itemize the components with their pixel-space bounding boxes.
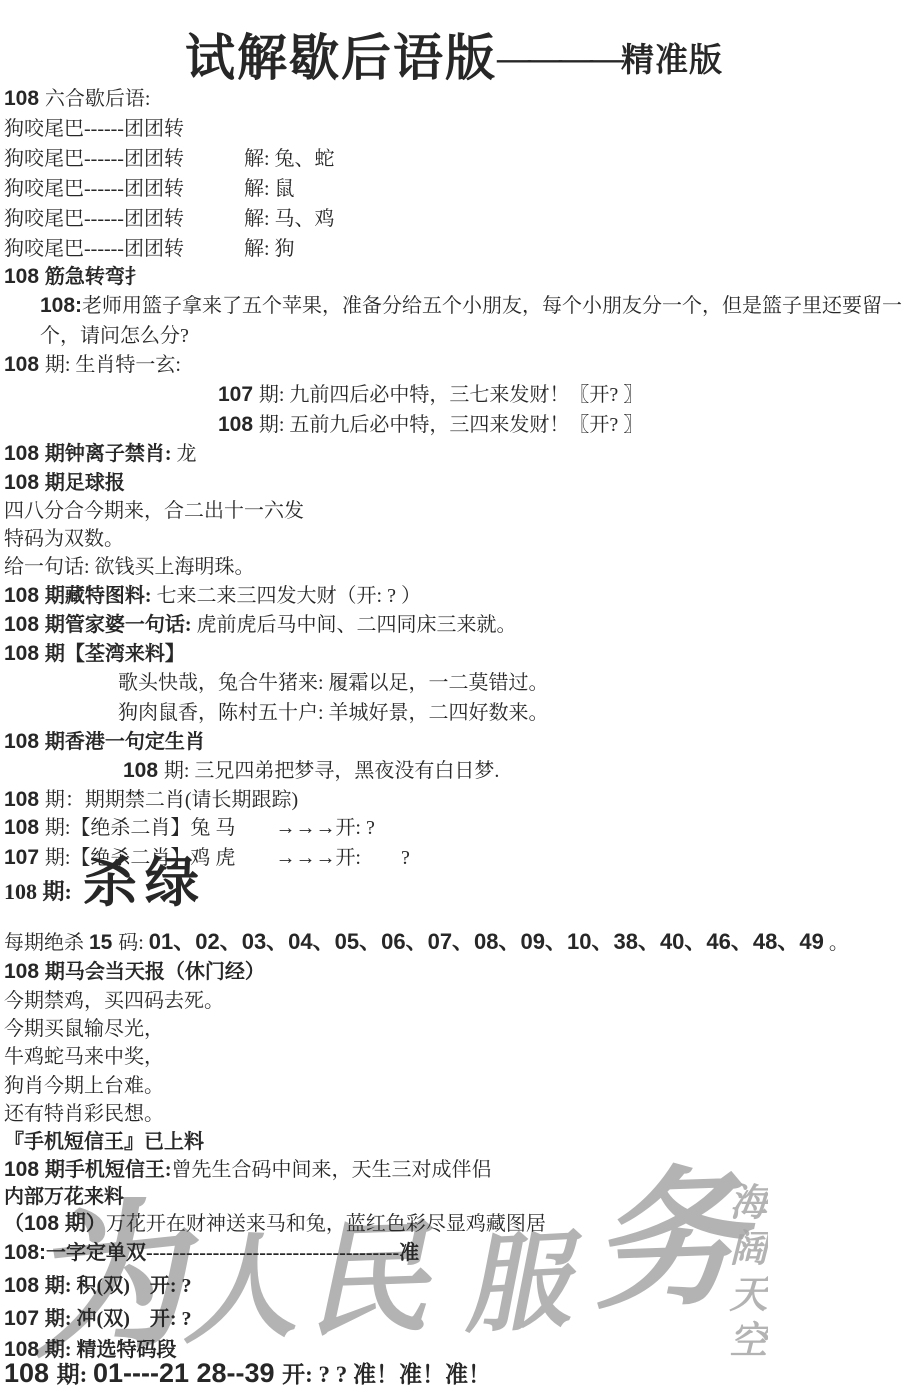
- text-segment: 期: 冲(双) 开: ?: [45, 1308, 192, 1330]
- text-segment: 108: [4, 442, 45, 465]
- text-segment: 虎前虎后马中间、二四同床三来就。: [197, 614, 517, 636]
- text-segment: 108: [4, 816, 45, 839]
- doc-line: 108 期管家婆一句话: 虎前虎后马中间、二四同床三来就。: [4, 612, 517, 640]
- document-page: 试解歇后语版————精准版 为人民服务海阔天空 108 六合歇后语:狗咬尾巴--…: [0, 0, 904, 1388]
- text-segment: 筋急转弯扌: [45, 266, 145, 288]
- doc-line: 108:一字定单双-------------------------------…: [4, 1240, 419, 1268]
- doc-line: 狗咬尾巴------团团转 解: 鼠: [4, 176, 295, 204]
- doc-line: 今期禁鸡，买四码去死。: [4, 988, 224, 1016]
- doc-line: 狗肉鼠香，陈村五十户: 羊城好景，二四好数来。: [118, 700, 549, 728]
- text-segment: 108: [4, 960, 45, 983]
- text-segment: 龙: [177, 443, 197, 465]
- text-segment: 108:: [40, 294, 82, 317]
- text-segment: 期:【绝杀二肖】兔 马: [45, 817, 276, 839]
- doc-line: 狗咬尾巴------团团转 解: 马、鸡: [4, 206, 335, 234]
- text-segment: 期: 九前四后必中特，三七来发财！〖开? 〗: [259, 384, 643, 406]
- text-segment: 108: [4, 1158, 45, 1181]
- text-segment: ）: [86, 1213, 106, 1235]
- doc-line: 给一句话: 欲钱买上海明珠。: [4, 554, 255, 582]
- doc-line: 牛鸡蛇马来中奖，: [4, 1044, 164, 1072]
- doc-line: 108 期: 五前九后必中特，三四来发财！〖开? 〗: [218, 412, 643, 440]
- watermark-calligraphy-char: 务: [589, 1162, 744, 1317]
- text-segment: 曾先生合码中间来，天生三对成伴侣: [172, 1159, 492, 1181]
- text-segment: 狗咬尾巴------团团转: [4, 208, 244, 230]
- text-segment: 期香港一句定生肖: [45, 731, 205, 753]
- text-segment: 狗咬尾巴------团团转: [4, 118, 184, 140]
- doc-line: 特码为双数。: [4, 526, 124, 554]
- text-segment: 特码为双数。: [4, 528, 124, 550]
- text-segment: 107: [4, 846, 45, 869]
- text-segment: 解: 狗: [244, 238, 295, 260]
- doc-line: 狗咬尾巴------团团转 解: 狗: [4, 236, 295, 264]
- text-segment: 期手机短信王:: [45, 1159, 172, 1181]
- doc-line: 108 期: 01----21 28--39 开: ? ? 准！准！准！: [4, 1360, 491, 1388]
- doc-line: 108 六合歇后语:: [4, 86, 150, 114]
- doc-line: 108 筋急转弯扌: [4, 264, 145, 292]
- text-segment: 期管家婆一句话:: [45, 614, 197, 636]
- text-segment: 期足球报: [45, 472, 125, 494]
- doc-line: 今期买鼠输尽光，: [4, 1016, 164, 1044]
- title-subtitle: 精准版: [621, 43, 723, 79]
- text-segment: 01----21 28--39: [93, 1358, 282, 1388]
- text-segment: 给一句话: 欲钱买上海明珠。: [4, 556, 255, 578]
- doc-line: 狗咬尾巴------团团转 解: 兔、蛇: [4, 146, 335, 174]
- text-segment: 开: ? ? 准！准！准！: [282, 1362, 491, 1387]
- doc-line: 狗肖今期上台难。: [4, 1073, 164, 1101]
- text-segment: 期: 五前九后必中特，三四来发财！〖开? 〗: [259, 414, 643, 436]
- text-segment: 期马会当天报（休门经）: [45, 961, 265, 983]
- text-segment: 四八分合今期来，合二出十一六发: [4, 500, 304, 522]
- doc-line: 108 期马会当天报（休门经）: [4, 959, 265, 987]
- text-segment: 108: [4, 353, 45, 376]
- doc-line: 108 期: 生肖特一玄:: [4, 352, 181, 380]
- text-segment: 『手机短信王』已上料: [4, 1131, 204, 1153]
- text-segment: 一字定单双-----------------------------------…: [46, 1242, 419, 1264]
- text-segment: 108 期:: [4, 879, 83, 904]
- text-segment: 108: [4, 788, 45, 811]
- text-segment: 15: [89, 931, 118, 954]
- doc-line: 歌头快哉，兔合牛猪来: 履霜以足，一二莫错过。: [118, 670, 549, 698]
- text-segment: 内部万花来料: [4, 1186, 124, 1208]
- doc-line: 108 期：期期禁二肖(请长期跟踪): [4, 787, 298, 815]
- text-segment: 解: 鼠: [244, 178, 295, 200]
- text-segment: 七来二来三四发大财（开: ? ）: [157, 585, 421, 607]
- doc-line: 108 期:【绝杀二肖】兔 马 →→→开: ?: [4, 815, 375, 843]
- doc-line: 个，请问怎么分?: [40, 323, 189, 351]
- text-segment: 108: [123, 759, 164, 782]
- text-segment: →→→开: ?: [275, 847, 409, 869]
- text-segment: 108 期: [24, 1212, 86, 1235]
- text-segment: 期: 三兄四弟把梦寻，黑夜没有白日梦.: [164, 760, 500, 782]
- doc-line: 108 期钟离子禁肖: 龙: [4, 441, 197, 469]
- text-segment: 期: 积(双) 开: ?: [45, 1275, 192, 1297]
- text-segment: 108: [4, 471, 45, 494]
- page-title: 试解歇后语版————精准版: [185, 18, 723, 90]
- text-segment: 歌头快哉，兔合牛猪来: 履霜以足，一二莫错过。: [118, 672, 549, 694]
- text-segment: 六合歇后语:: [45, 88, 151, 110]
- text-segment: 今期禁鸡，买四码去死。: [4, 990, 224, 1012]
- doc-line: 108 期足球报: [4, 470, 125, 498]
- text-segment: 狗咬尾巴------团团转: [4, 148, 244, 170]
- text-segment: 108: [4, 642, 45, 665]
- text-segment: 解: 马、鸡: [244, 208, 335, 230]
- text-segment: 狗肖今期上台难。: [4, 1075, 164, 1097]
- text-segment: →→→开: ?: [275, 817, 374, 839]
- doc-line: 108:老师用篮子拿来了五个苹果，准备分给五个小朋友，每个小朋友分一个，但是篮子…: [40, 293, 902, 321]
- text-segment: 期: 生肖特一玄:: [45, 354, 181, 376]
- text-segment: 期钟离子禁肖:: [45, 443, 177, 465]
- doc-line: 108 期【荃湾来料】: [4, 641, 185, 669]
- text-segment: 期：期期禁二肖(请长期跟踪): [45, 789, 298, 811]
- text-segment: 狗肉鼠香，陈村五十户: 羊城好景，二四好数来。: [118, 702, 549, 724]
- watermark-calligraphy-char: 服: [460, 1227, 571, 1338]
- text-segment: 还有特肖彩民想。: [4, 1103, 164, 1125]
- text-segment: 期【荃湾来料】: [45, 643, 185, 665]
- doc-line: 108 期手机短信王:曾先生合码中间来，天生三对成伴侣: [4, 1157, 492, 1185]
- text-segment: 狗咬尾巴------团团转: [4, 178, 244, 200]
- doc-line: 狗咬尾巴------团团转: [4, 116, 184, 144]
- doc-line: 108 期: 杀绿: [4, 868, 207, 908]
- text-segment: 狗咬尾巴------团团转: [4, 238, 244, 260]
- doc-line: 四八分合今期来，合二出十一六发: [4, 498, 304, 526]
- text-segment: （: [4, 1213, 24, 1235]
- doc-line: （108 期）万花开在财神送来马和兔，蓝红色彩尽显鸡藏图居: [4, 1211, 546, 1239]
- text-segment: 码:: [118, 932, 149, 954]
- text-segment: 108:: [4, 1241, 46, 1264]
- doc-line: 108 期藏特图料: 七来二来三四发大财（开: ? ）: [4, 583, 421, 611]
- doc-line: 内部万花来料: [4, 1184, 124, 1212]
- text-segment: 万花开在财神送来马和兔，蓝红色彩尽显鸡藏图居: [106, 1213, 546, 1235]
- text-segment: 107: [218, 383, 259, 406]
- doc-line: 108 期: 三兄四弟把梦寻，黑夜没有白日梦.: [123, 758, 499, 786]
- text-segment: 。: [824, 932, 849, 954]
- text-segment: 个，请问怎么分?: [40, 325, 189, 347]
- doc-line: 108 期: 积(双) 开: ?: [4, 1273, 192, 1301]
- doc-line: 107 期: 九前四后必中特，三七来发财！〖开? 〗: [218, 382, 643, 410]
- text-segment: 期:: [57, 1362, 93, 1387]
- text-segment: 108: [4, 730, 45, 753]
- text-segment: 今期买鼠输尽光，: [4, 1018, 164, 1040]
- title-dash: ————: [497, 40, 621, 77]
- text-segment: 牛鸡蛇马来中奖，: [4, 1046, 164, 1068]
- text-segment: 杀绿: [83, 853, 207, 913]
- text-segment: 108: [4, 1358, 57, 1388]
- text-segment: 108: [4, 613, 45, 636]
- text-segment: 每期绝杀: [4, 932, 89, 954]
- text-segment: 108: [4, 87, 45, 110]
- text-segment: 01、02、03、04、05、06、07、08、09、10、38、40、46、4…: [149, 929, 824, 954]
- doc-line: 107 期: 冲(双) 开: ?: [4, 1306, 192, 1334]
- title-main-text: 试解歇后语版: [185, 30, 497, 86]
- doc-line: 还有特肖彩民想。: [4, 1101, 164, 1129]
- text-segment: 108: [4, 265, 45, 288]
- doc-line: 每期绝杀 15 码: 01、02、03、04、05、06、07、08、09、10…: [4, 929, 849, 958]
- text-segment: 107: [4, 1307, 45, 1330]
- watermark-side-text: 海阔天空: [726, 1182, 764, 1366]
- doc-line: 108 期香港一句定生肖: [4, 729, 205, 757]
- text-segment: 期藏特图料:: [45, 585, 157, 607]
- text-segment: 108: [218, 413, 259, 436]
- text-segment: 解: 兔、蛇: [244, 148, 335, 170]
- text-segment: 老师用篮子拿来了五个苹果，准备分给五个小朋友，每个小朋友分一个，但是篮子里还要留…: [82, 295, 902, 317]
- text-segment: 108: [4, 1274, 45, 1297]
- doc-line: 『手机短信王』已上料: [4, 1129, 204, 1157]
- text-segment: 108: [4, 584, 45, 607]
